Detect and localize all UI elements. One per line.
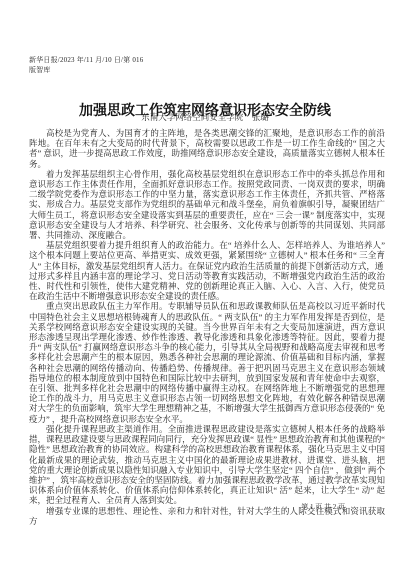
page-number-footer: 第 1 页 共 2 页: [0, 502, 345, 512]
body-paragraph: 重点突出思政队伍主力军作用。专职辅导员队伍和思政课教师队伍是高校以习近平新时代中…: [29, 301, 385, 423]
body-paragraph: 基层党组织要着力提升组织育人的政治能力。在“ 培养什么人、怎样培养人、为谁培养人…: [29, 240, 385, 301]
article-body: 高校是为党育人、为国育才的主阵地，是各类思潮交锋的汇聚地，是意识形态工作的前沿阵…: [29, 128, 385, 526]
body-paragraph: 强化提升课程思政主渠道作用。全面推进课程思政建设是落实立德树人根本任务的战略举措…: [29, 424, 385, 506]
byline: 东南大学网络空间安全学院 张璐: [0, 111, 410, 123]
masthead-line-2: 版智库: [29, 66, 385, 76]
body-paragraph: 高校是为党育人、为国育才的主阵地，是各类思潮交锋的汇聚地，是意识形态工作的前沿阵…: [29, 128, 385, 169]
masthead-line-1: 新华日报/2023 年/11 月/10 日/第 016: [29, 56, 385, 66]
document-page: 新华日报/2023 年/11 月/10 日/第 016 版智库 加强思政工作筑牢…: [0, 0, 410, 580]
body-paragraph: 着力发挥基层组织主心骨作用，强化高校基层党组织在意识形态工作中的牵头抓总作用和意…: [29, 169, 385, 240]
masthead: 新华日报/2023 年/11 月/10 日/第 016 版智库: [29, 56, 385, 75]
